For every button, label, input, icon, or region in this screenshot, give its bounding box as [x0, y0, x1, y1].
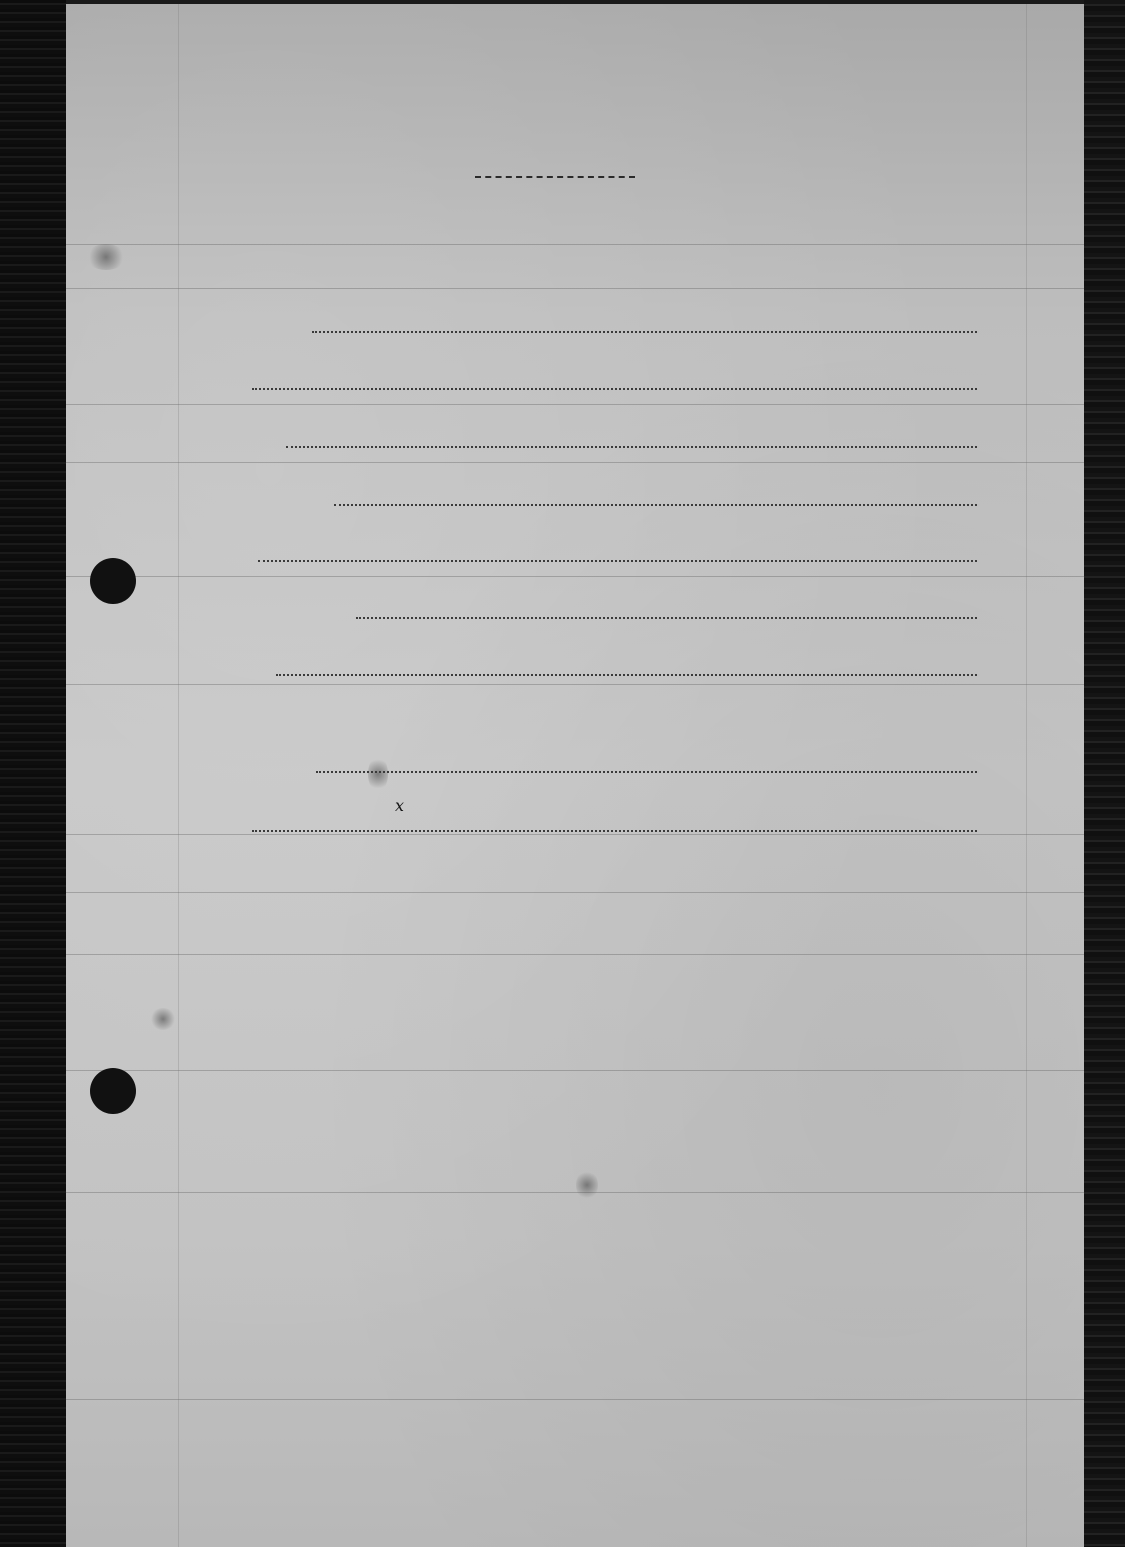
scan-right-border — [1084, 0, 1125, 1547]
residence-mark: x — [395, 796, 405, 815]
document-page — [66, 4, 1084, 1547]
scan-left-border — [0, 0, 66, 1547]
punch-hole-lower — [90, 1068, 136, 1114]
title-divider — [475, 176, 635, 178]
punch-hole-upper — [90, 558, 136, 604]
